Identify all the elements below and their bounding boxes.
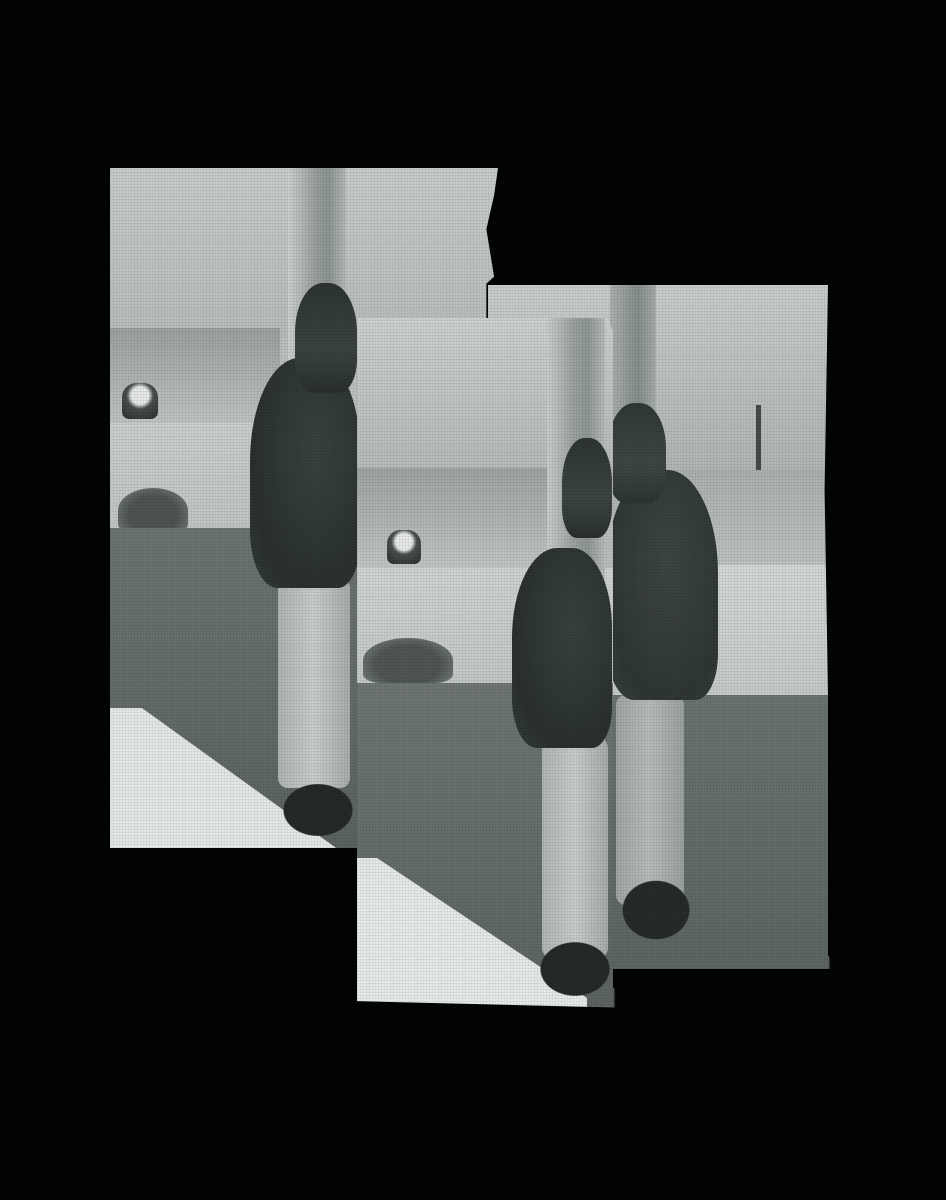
- parked-car: [122, 383, 158, 419]
- figure-legs: [616, 695, 684, 905]
- figure-coat: [606, 470, 718, 700]
- building: [357, 468, 547, 578]
- figure-shoes: [278, 780, 358, 840]
- collage-canvas: [0, 0, 946, 1200]
- parked-car: [387, 530, 421, 564]
- figure-legs: [278, 578, 350, 788]
- shrub: [363, 638, 453, 683]
- shrub: [118, 488, 188, 533]
- figure-head: [608, 403, 666, 503]
- figure-coat: [512, 548, 612, 748]
- figure-coat: [250, 358, 360, 588]
- middle-torn-print: [357, 318, 613, 1008]
- figure-legs: [542, 738, 608, 958]
- figure-shoes: [616, 875, 696, 945]
- figure-head: [295, 283, 357, 393]
- figure-head: [562, 438, 612, 538]
- figure-shoes: [535, 938, 613, 1000]
